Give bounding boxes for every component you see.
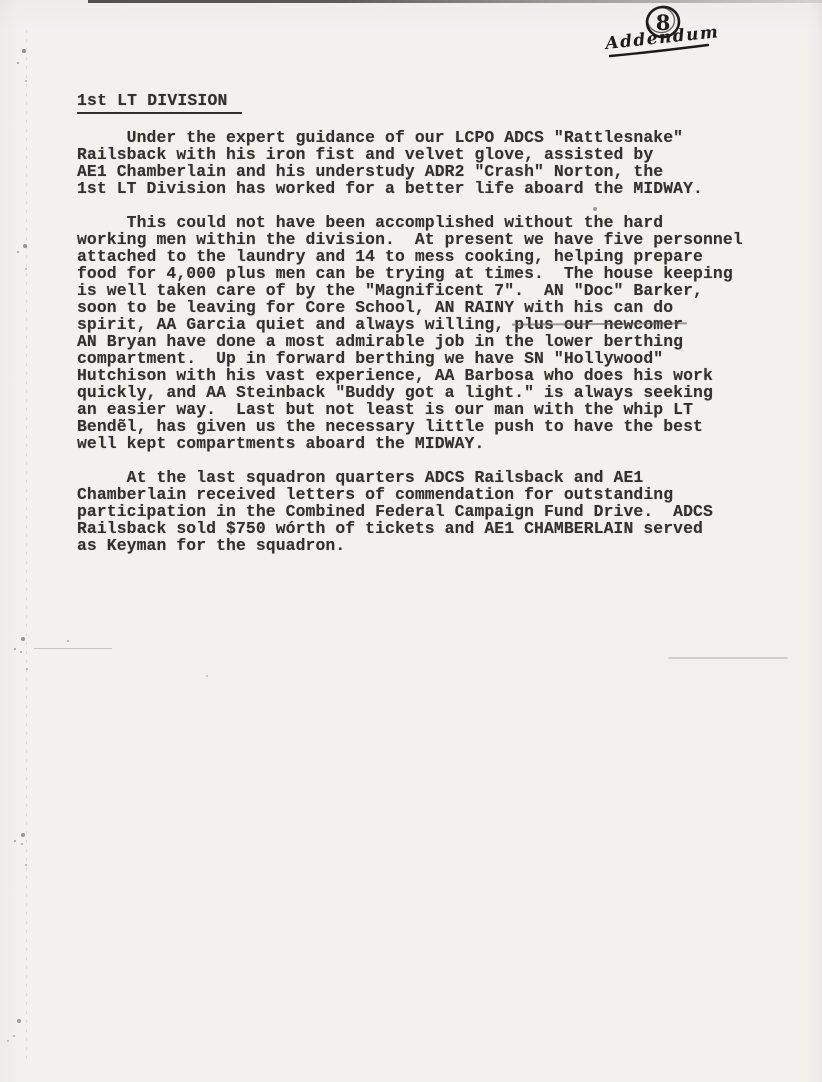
text-line: compartment. Up in forward berthing we h… (77, 350, 777, 367)
text-line: AN Bryan have done a most admirable job … (77, 333, 777, 350)
text-line: AE1 Chamberlain and his understudy ADR2 … (77, 163, 777, 180)
scanned-document-page: 8 Addendum 1st LT DIVISION Under the exp… (0, 0, 822, 1082)
paper-crease-line (26, 30, 27, 1060)
typewritten-content: 1st LT DIVISION Under the expert guidanc… (77, 92, 777, 571)
text-line: Chamberlain received letters of commenda… (77, 486, 777, 503)
toner-specks (0, 0, 2, 2)
text-line: food for 4,000 plus men can be trying at… (77, 265, 777, 282)
text-line: At the last squadron quarters ADCS Rails… (77, 469, 777, 486)
text-line: soon to be leaving for Core School, AN R… (77, 299, 777, 316)
text-line: This could not have been accomplished wi… (77, 214, 777, 231)
text-line: attached to the laundry and 14 to mess c… (77, 248, 777, 265)
paragraph: Under the expert guidance of our LCPO AD… (77, 129, 777, 197)
handwritten-annotation: 8 Addendum (598, 0, 734, 66)
text-line: quickly, and AA Steinback "Buddy got a l… (77, 384, 777, 401)
section-heading: 1st LT DIVISION (77, 92, 242, 114)
paragraphs: Under the expert guidance of our LCPO AD… (77, 129, 777, 554)
text-line: Under the expert guidance of our LCPO AD… (77, 129, 777, 146)
text-line: is well taken care of by the "Magnificen… (77, 282, 777, 299)
text-line: participation in the Combined Federal Ca… (77, 503, 777, 520)
text-line: as Keyman for the squadron. (77, 537, 777, 554)
smudge-mark (34, 648, 112, 649)
paragraph: This could not have been accomplished wi… (77, 214, 777, 452)
text-line: working men within the division. At pres… (77, 231, 777, 248)
struck-text: plus our newcomer (514, 315, 683, 334)
text-line: Bendẽl, has given us the necessary littl… (77, 418, 777, 435)
text-line: Railsback with his iron fist and velvet … (77, 146, 777, 163)
text-line: well kept compartments aboard the MIDWAY… (77, 435, 777, 452)
text-line: spirit, AA Garcia quiet and always willi… (77, 316, 777, 333)
handwriting-svg: 8 Addendum (598, 0, 734, 66)
text-line: Hutchison with his vast experience, AA B… (77, 367, 777, 384)
paragraph: At the last squadron quarters ADCS Rails… (77, 469, 777, 554)
smudge-mark (668, 657, 788, 659)
text-line: 1st LT Division has worked for a better … (77, 180, 777, 197)
text-line: Railsback sold $750 wórth of tickets and… (77, 520, 777, 537)
text-line: an easier way. Last but not least is our… (77, 401, 777, 418)
